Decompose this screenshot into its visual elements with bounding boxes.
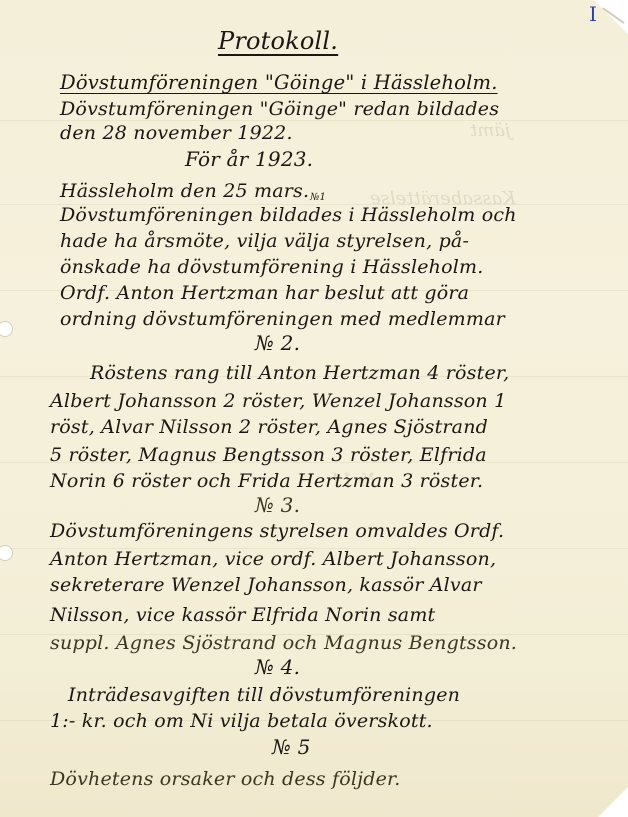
page-marker: I [589,2,597,26]
handwritten-document-page: Kassaberättelse jämt № 11 I Protokoll. D… [0,0,628,817]
ink-bleed-through: jämt [470,120,511,141]
section-1-line: Ordf. Anton Hertzman har beslut att göra [60,282,469,304]
year-line: För år 1923. [185,148,313,170]
section-4-line: 1:- kr. och om Ni vilja betala överskott… [50,710,433,732]
section-2-line: 5 röster, Magnus Bengtsson 3 röster, Elf… [50,444,487,466]
document-title: Protokoll. [218,30,338,52]
section-3-line: suppl. Agnes Sjöstrand och Magnus Bengts… [50,632,517,654]
section-superscript: №1 [310,192,326,203]
section-number: № 2. [255,332,300,354]
section-1-line: Dövstumföreningen bildades i Hässleholm … [60,204,517,226]
section-number: № 5 [272,736,311,758]
folded-corner [594,0,628,34]
section-2-line: Albert Johansson 2 röster, Wenzel Johans… [50,390,506,412]
punch-hole-icon [0,546,12,560]
section-number: № 3. [255,494,300,516]
section-4-line: Inträdesavgiften till dövstumföreningen [68,684,460,706]
section-3-line: Dövstumföreningens styrelsen omvaldes Or… [50,520,504,542]
section-5-line: Dövhetens orsaker och dess följder. [50,768,400,790]
section-2-line: röst, Alvar Nilsson 2 röster, Agnes Sjös… [50,416,488,438]
section-1-line: ordning dövstumföreningen med medlemmar [60,308,505,330]
intro-line: den 28 november 1922. [60,122,293,144]
section-3-line: sekreterare Wenzel Johansson, kassör Alv… [50,574,482,596]
section-2-line: Norin 6 röster och Frida Hertzman 3 röst… [50,470,483,492]
page-corner-curl [598,787,628,817]
section-number: № 4. [255,656,300,678]
section-3-line: Anton Hertzman, vice ordf. Albert Johans… [50,548,496,570]
ruled-line [0,120,628,121]
document-heading: Dövstumföreningen "Göinge" i Hässleholm. [60,72,498,94]
section-1-line: hade ha årsmöte, vilja välja styrelsen, … [60,230,469,252]
intro-line: Dövstumföreningen "Göinge" redan bildade… [60,98,499,120]
punch-hole-icon [0,322,12,336]
section-3-line: Nilsson, vice kassör Elfrida Norin samt [50,604,435,626]
section-1-line: önskade ha dövstumförening i Hässleholm. [60,256,484,278]
section-2-line: Röstens rang till Anton Hertzman 4 röste… [90,362,509,384]
section-1-line: Hässleholm den 25 mars. [60,180,309,202]
